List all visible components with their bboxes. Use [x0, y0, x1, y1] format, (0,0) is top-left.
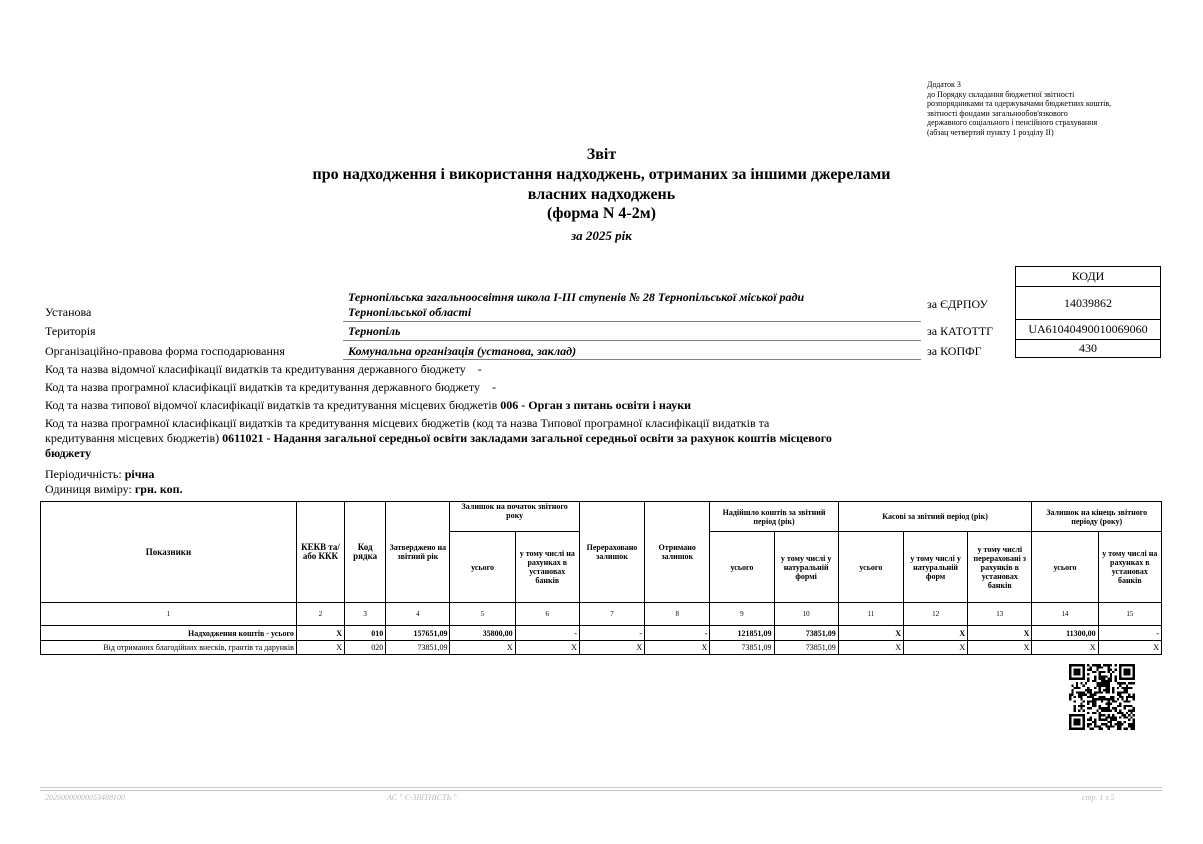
edrpou-value: 14039862	[1016, 287, 1161, 320]
table-cell: -	[579, 626, 644, 641]
classification-line-1: Код та назва відомчої класифікації видат…	[45, 362, 482, 377]
column-number: 3	[345, 603, 386, 626]
annex-note: Додаток 3 до Порядку складання бюджетної…	[927, 80, 1111, 138]
column-number: 10	[774, 603, 838, 626]
table-cell: X	[838, 626, 903, 641]
report-subtitle-1: про надходження і використання надходжен…	[0, 166, 1203, 184]
column-number: 14	[1032, 603, 1098, 626]
annex-line: державного соціального і пенсійного стра…	[927, 118, 1111, 128]
table-cell: X	[450, 641, 515, 655]
header-kekv: КЕКВ та/або ККК	[296, 502, 344, 603]
legal-form-value: Комунальна організація (установа, заклад…	[348, 344, 576, 359]
table-cell: 020	[345, 641, 386, 655]
annex-line: до Порядку складання бюджетної звітності	[927, 90, 1111, 100]
table-cell: 157651,09	[386, 626, 450, 641]
kopfg-value: 430	[1016, 340, 1161, 358]
header-cash-total: усього	[838, 532, 903, 603]
periodicity-label: Періодичність:	[45, 467, 122, 481]
table-cell: X	[968, 641, 1032, 655]
header-cash-natural: у тому числі у натуральній форм	[903, 532, 967, 603]
header-opening-total: усього	[450, 532, 515, 603]
header-transferred: Перераховано залишок	[579, 502, 644, 603]
table-cell: 73851,09	[386, 641, 450, 655]
column-number: 12	[903, 603, 967, 626]
institution-value-line: Тернопільська загальноосвітня школа І-ІІ…	[348, 290, 804, 305]
header-received: Отримано залишок	[645, 502, 710, 603]
column-number: 11	[838, 603, 903, 626]
table-cell: X	[515, 641, 579, 655]
table-cell: X	[1098, 641, 1161, 655]
column-numbers-row: 123456789101112131415	[41, 603, 1162, 626]
territory-underline	[343, 340, 921, 341]
table-cell: X	[903, 641, 967, 655]
legal-form-underline	[343, 359, 921, 360]
column-number: 15	[1098, 603, 1161, 626]
territory-label: Територія	[45, 324, 96, 339]
unit-value: грн. коп.	[135, 482, 183, 496]
footer-doc-id: 20260000000053488100	[45, 793, 125, 802]
table-cell: 35800,00	[450, 626, 515, 641]
annex-line: Додаток 3	[927, 80, 1111, 90]
classification-value: 0611021 - Надання загальної середньої ос…	[222, 431, 832, 445]
row-name: Від отриманих благодійних внесків, грант…	[41, 641, 297, 655]
classification-value: бюджету	[45, 446, 832, 461]
header-closing-banks: у тому числі на рахунках в установах бан…	[1098, 532, 1161, 603]
annex-line: розпорядниками та одержувачами бюджетних…	[927, 99, 1111, 109]
table-cell: X	[903, 626, 967, 641]
classification-label: Код та назва відомчої класифікації видат…	[45, 362, 466, 376]
footer-divider	[40, 790, 1162, 791]
table-cell: 010	[345, 626, 386, 641]
header-closing-balance: Залишок на кінець звітного періоду (року…	[1032, 502, 1162, 532]
report-table: Показники КЕКВ та/або ККК Код рядка Затв…	[40, 501, 1162, 655]
periodicity-value: річна	[125, 467, 155, 481]
header-inflow-total: усього	[710, 532, 774, 603]
table-cell: -	[645, 626, 710, 641]
header-cash: Касові за звітний період (рік)	[838, 502, 1032, 532]
table-cell: 121851,09	[710, 626, 774, 641]
edrpou-label: за ЄДРПОУ	[927, 297, 988, 312]
header-closing-total: усього	[1032, 532, 1098, 603]
footer-system: АС " Є-ЗВІТНІСТЬ "	[387, 793, 457, 802]
header-inflow-natural: у тому числі у натуральній формі	[774, 532, 838, 603]
classification-line-4: Код та назва програмної класифікації вид…	[45, 416, 832, 461]
table-cell: 73851,09	[774, 641, 838, 655]
table-cell: X	[296, 626, 344, 641]
column-number: 13	[968, 603, 1032, 626]
column-number: 9	[710, 603, 774, 626]
report-period: за 2025 рік	[0, 228, 1203, 244]
table-cell: X	[838, 641, 903, 655]
column-number: 2	[296, 603, 344, 626]
kopfg-label: за КОПФГ	[927, 344, 982, 359]
unit: Одиниця виміру: грн. коп.	[45, 482, 183, 497]
classification-line-3: Код та назва типової відомчої класифікац…	[45, 398, 691, 413]
annex-line: звітності фондами загальнообов'язкового	[927, 109, 1111, 119]
table-cell: 73851,09	[774, 626, 838, 641]
classification-label: Код та назва типової відомчої класифікац…	[45, 398, 497, 412]
codes-table: КОДИ 14039862 UA61040490010069060 430	[1015, 266, 1161, 358]
header-approved: Затверджено на звітний рік	[386, 502, 450, 603]
classification-value: 006 - Орган з питань освіти і науки	[500, 398, 691, 412]
classification-label: Код та назва програмної класифікації вид…	[45, 380, 480, 394]
katottg-value: UA61040490010069060	[1016, 320, 1161, 340]
header-opening-balance: Залишок на початок звітного року	[450, 502, 579, 532]
header-row-code: Код рядка	[345, 502, 386, 603]
institution-value: Тернопільська загальноосвітня школа І-ІІ…	[348, 290, 804, 320]
classification-value: -	[492, 380, 496, 394]
classification-value: -	[478, 362, 482, 376]
table-row: Від отриманих благодійних внесків, грант…	[41, 641, 1162, 655]
table-cell: X	[968, 626, 1032, 641]
footer-page: стр. 1 з 5	[1082, 793, 1114, 802]
table-cell: 73851,09	[710, 641, 774, 655]
classification-line-2: Код та назва програмної класифікації вид…	[45, 380, 496, 395]
column-number: 1	[41, 603, 297, 626]
unit-label: Одиниця виміру:	[45, 482, 132, 496]
header-cash-banks: у тому числі перераховані з рахунків в у…	[968, 532, 1032, 603]
periodicity: Періодичність: річна	[45, 467, 154, 482]
report-title: Звіт	[0, 146, 1203, 164]
header-indicators: Показники	[41, 502, 297, 603]
column-number: 4	[386, 603, 450, 626]
qr-code	[1069, 664, 1135, 730]
katottg-label: за КАТОТТГ	[927, 324, 993, 339]
row-name: Надходження коштів - усього	[41, 626, 297, 641]
header-opening-banks: у тому числі на рахунках в установах бан…	[515, 532, 579, 603]
territory-value: Тернопіль	[348, 324, 401, 339]
column-number: 7	[579, 603, 644, 626]
institution-underline	[343, 321, 921, 322]
table-cell: X	[1032, 641, 1098, 655]
column-number: 8	[645, 603, 710, 626]
table-cell: -	[515, 626, 579, 641]
table-row: Надходження коштів - усьогоX010157651,09…	[41, 626, 1162, 641]
column-number: 5	[450, 603, 515, 626]
table-cell: X	[296, 641, 344, 655]
codes-header: КОДИ	[1016, 267, 1161, 287]
footer-divider	[40, 787, 1162, 788]
report-subtitle-2: власних надходжень	[0, 186, 1203, 204]
annex-line: (абзац четвертий пункту 1 розділу II)	[927, 128, 1111, 138]
classification-label: кредитування місцевих бюджетів)	[45, 431, 219, 445]
legal-form-label: Організаційно-правова форма господарюван…	[45, 344, 285, 359]
header-inflow: Надійшло коштів за звітний період (рік)	[710, 502, 838, 532]
institution-label: Установа	[45, 305, 91, 320]
classification-label: Код та назва програмної класифікації вид…	[45, 416, 832, 431]
column-number: 6	[515, 603, 579, 626]
table-cell: -	[1098, 626, 1161, 641]
institution-value-line: Тернопільської області	[348, 305, 804, 320]
table-cell: X	[579, 641, 644, 655]
table-cell: X	[645, 641, 710, 655]
form-number: (форма N 4-2м)	[0, 205, 1203, 223]
table-cell: 11300,00	[1032, 626, 1098, 641]
